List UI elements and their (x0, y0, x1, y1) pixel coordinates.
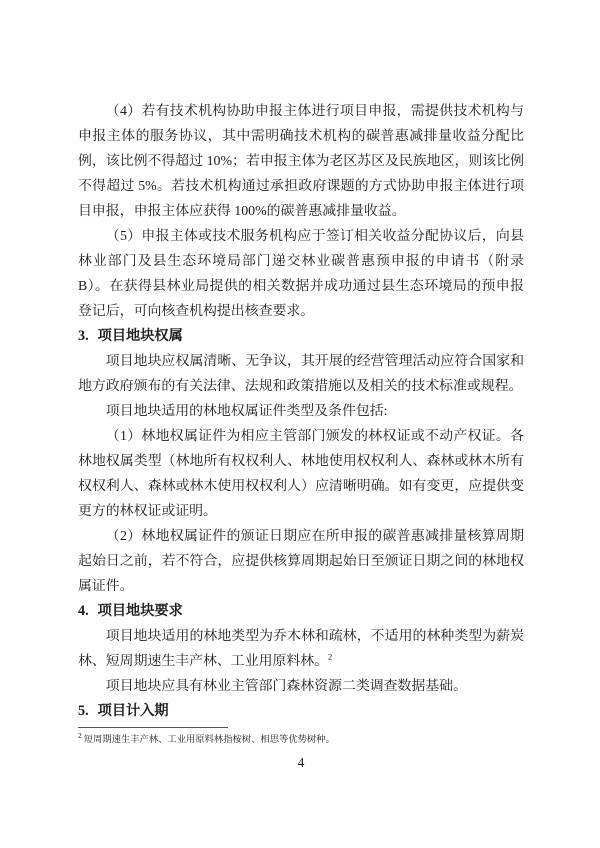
section4-land-type-paragraph: 项目地块适用的林地类型为乔木林和疏林，不适用的林种类型为薪炭林、短周期速生丰产林… (78, 624, 524, 674)
section3-heading: 3.项目地块权属 (78, 324, 524, 349)
section3-certificate-types-paragraph: 项目地块适用的林地权属证件类型及条件包括: (78, 399, 524, 424)
section4-number: 4. (78, 603, 89, 619)
footnote-text: 2短周期速生丰产林、工业用原料林指桉树、相思等优势树种。 (78, 734, 524, 746)
page-number: 4 (78, 755, 524, 771)
section5-title: 项目计入期 (98, 703, 169, 719)
paragraph-item-4: （4）若有技术机构协助申报主体进行项目申报，需提供技术机构与申报主体的服务协议，… (78, 99, 524, 224)
section4-heading: 4.项目地块要求 (78, 599, 524, 624)
footnote-area: 2短周期速生丰产林、工业用原料林指桉树、相思等优势树种。 (78, 727, 524, 746)
footnote-separator (78, 727, 228, 728)
section5-heading: 5.项目计入期 (78, 699, 524, 724)
footnote-marker: 2 (78, 731, 82, 740)
section5-number: 5. (78, 703, 89, 719)
section3-item-1: （1）林地权属证件为相应主管部门颁发的林权证或不动产权证。各林地权属类型（林地所… (78, 424, 524, 524)
section4-land-type-text: 项目地块适用的林地类型为乔木林和疏林，不适用的林种类型为薪炭林、短周期速生丰产林… (78, 629, 524, 669)
document-page: （4）若有技术机构协助申报主体进行项目申报，需提供技术机构与申报主体的服务协议，… (0, 0, 600, 848)
section3-item-2: （2）林地权属证件的颁证日期应在所申报的碳普惠减排量核算周期起始日之前，若不符合… (78, 524, 524, 599)
section3-number: 3. (78, 328, 89, 344)
section4-survey-data-paragraph: 项目地块应具有林业主管部门森林资源二类调查数据基础。 (78, 674, 524, 699)
paragraph-item-5: （5）申报主体或技术服务机构应于签订相关收益分配协议后，向县林业部门及县生态环境… (78, 224, 524, 324)
section4-title: 项目地块要求 (98, 603, 183, 619)
section3-intro-paragraph: 项目地块应权属清晰、无争议，其开展的经营管理活动应符合国家和地方政府颁布的有关法… (78, 349, 524, 399)
footnote-ref-2: 2 (328, 651, 332, 661)
footnote-body: 短周期速生丰产林、工业用原料林指桉树、相思等优势树种。 (84, 735, 335, 745)
document-body: （4）若有技术机构协助申报主体进行项目申报，需提供技术机构与申报主体的服务协议，… (78, 99, 524, 724)
section3-title: 项目地块权属 (98, 328, 183, 344)
